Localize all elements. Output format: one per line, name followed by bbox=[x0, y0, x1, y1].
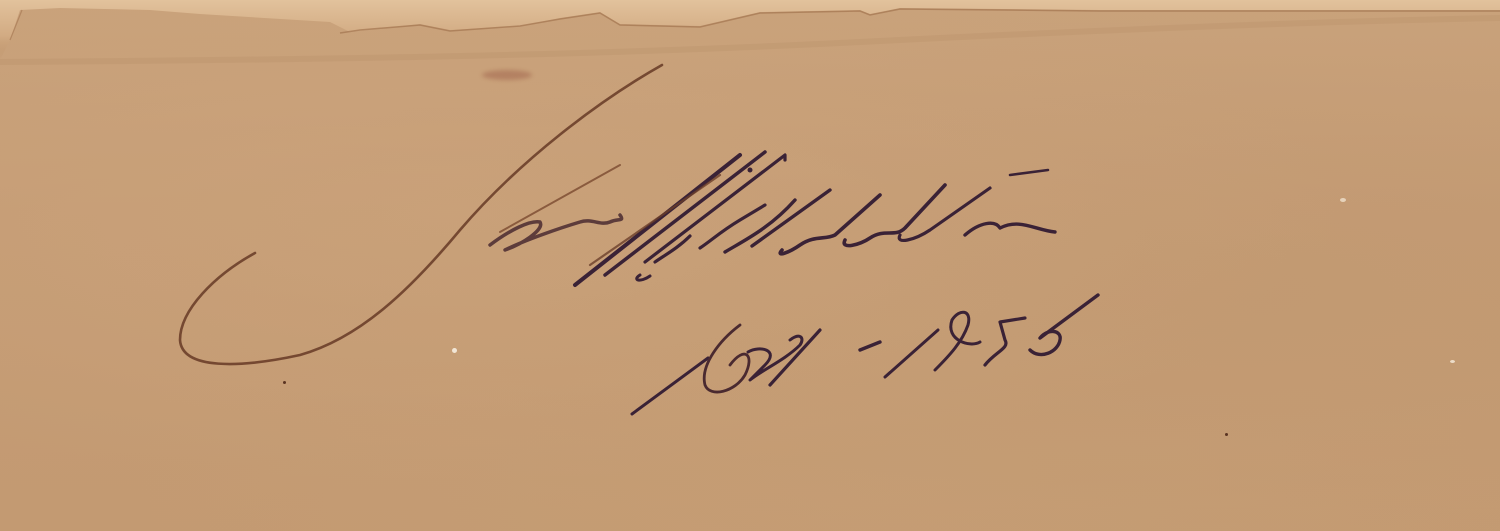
paper-speck bbox=[1340, 198, 1346, 202]
paper-speck bbox=[1225, 433, 1228, 436]
paper-speck bbox=[1450, 360, 1455, 363]
aged-paper-sheet: John Middleton 1827-1856 bbox=[0, 0, 1500, 531]
paper-speck bbox=[452, 348, 457, 353]
handwritten-signature bbox=[0, 0, 1500, 531]
paper-speck bbox=[283, 381, 286, 384]
